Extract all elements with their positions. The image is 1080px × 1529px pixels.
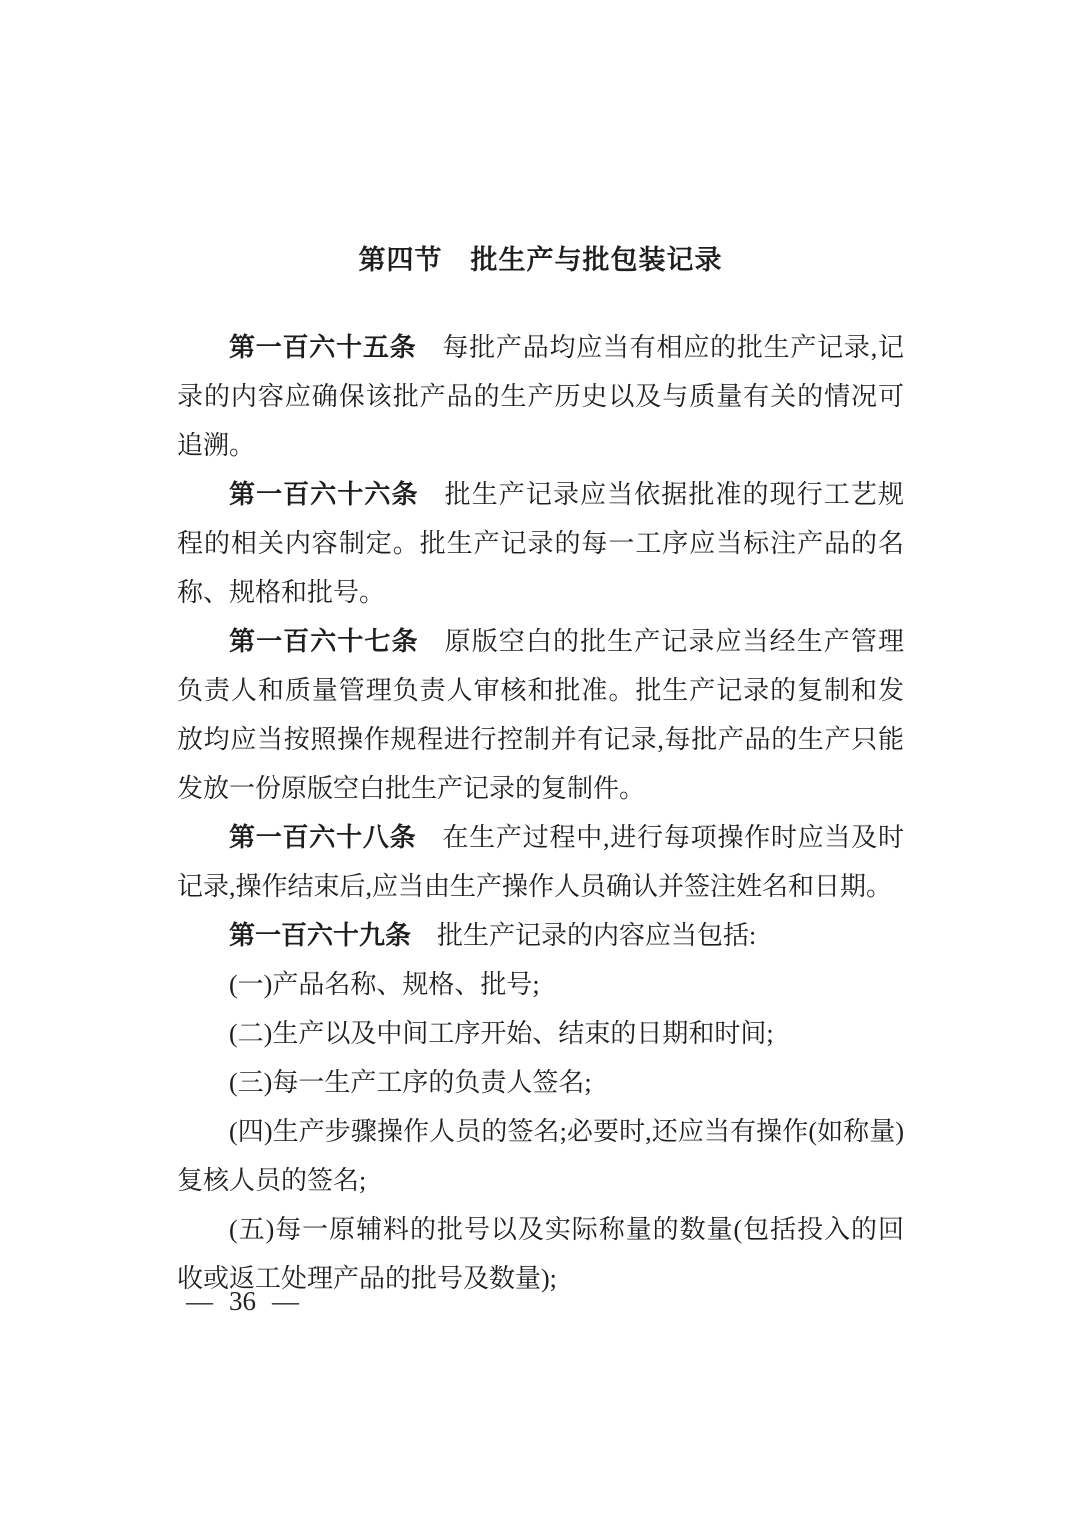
list-item-3: (三)每一生产工序的负责人签名;: [177, 1058, 904, 1107]
article-169: 第一百六十九条批生产记录的内容应当包括:: [177, 911, 904, 960]
list-item-2: (二)生产以及中间工序开始、结束的日期和时间;: [177, 1009, 904, 1058]
footer-left-dash: —: [186, 1286, 213, 1316]
article-166-number: 第一百六十六条: [229, 479, 419, 509]
list-item-4: (四)生产步骤操作人员的签名;必要时,还应当有操作(如称量)复核人员的签名;: [177, 1107, 904, 1205]
article-167-number: 第一百六十七条: [229, 626, 419, 656]
article-165-number: 第一百六十五条: [229, 332, 416, 362]
article-169-number: 第一百六十九条: [229, 920, 411, 950]
article-166: 第一百六十六条批生产记录应当依据批准的现行工艺规程的相关内容制定。批生产记录的每…: [177, 470, 904, 617]
article-168: 第一百六十八条在生产过程中,进行每项操作时应当及时记录,操作结束后,应当由生产操…: [177, 813, 904, 911]
footer-right-dash: —: [272, 1286, 299, 1316]
article-165: 第一百六十五条每批产品均应当有相应的批生产记录,记录的内容应确保该批产品的生产历…: [177, 323, 904, 470]
article-169-text: 批生产记录的内容应当包括:: [437, 921, 756, 950]
page-content: 第四节 批生产与批包装记录 第一百六十五条每批产品均应当有相应的批生产记录,记录…: [177, 236, 904, 1303]
article-167: 第一百六十七条原版空白的批生产记录应当经生产管理负责人和质量管理负责人审核和批准…: [177, 617, 904, 813]
section-title: 第四节 批生产与批包装记录: [177, 236, 904, 285]
article-168-number: 第一百六十八条: [229, 822, 416, 852]
document-page: 第四节 批生产与批包装记录 第一百六十五条每批产品均应当有相应的批生产记录,记录…: [0, 0, 1080, 1529]
page-number: 36: [213, 1286, 272, 1316]
page-footer: —36—: [186, 1281, 299, 1321]
list-item-1: (一)产品名称、规格、批号;: [177, 960, 904, 1009]
